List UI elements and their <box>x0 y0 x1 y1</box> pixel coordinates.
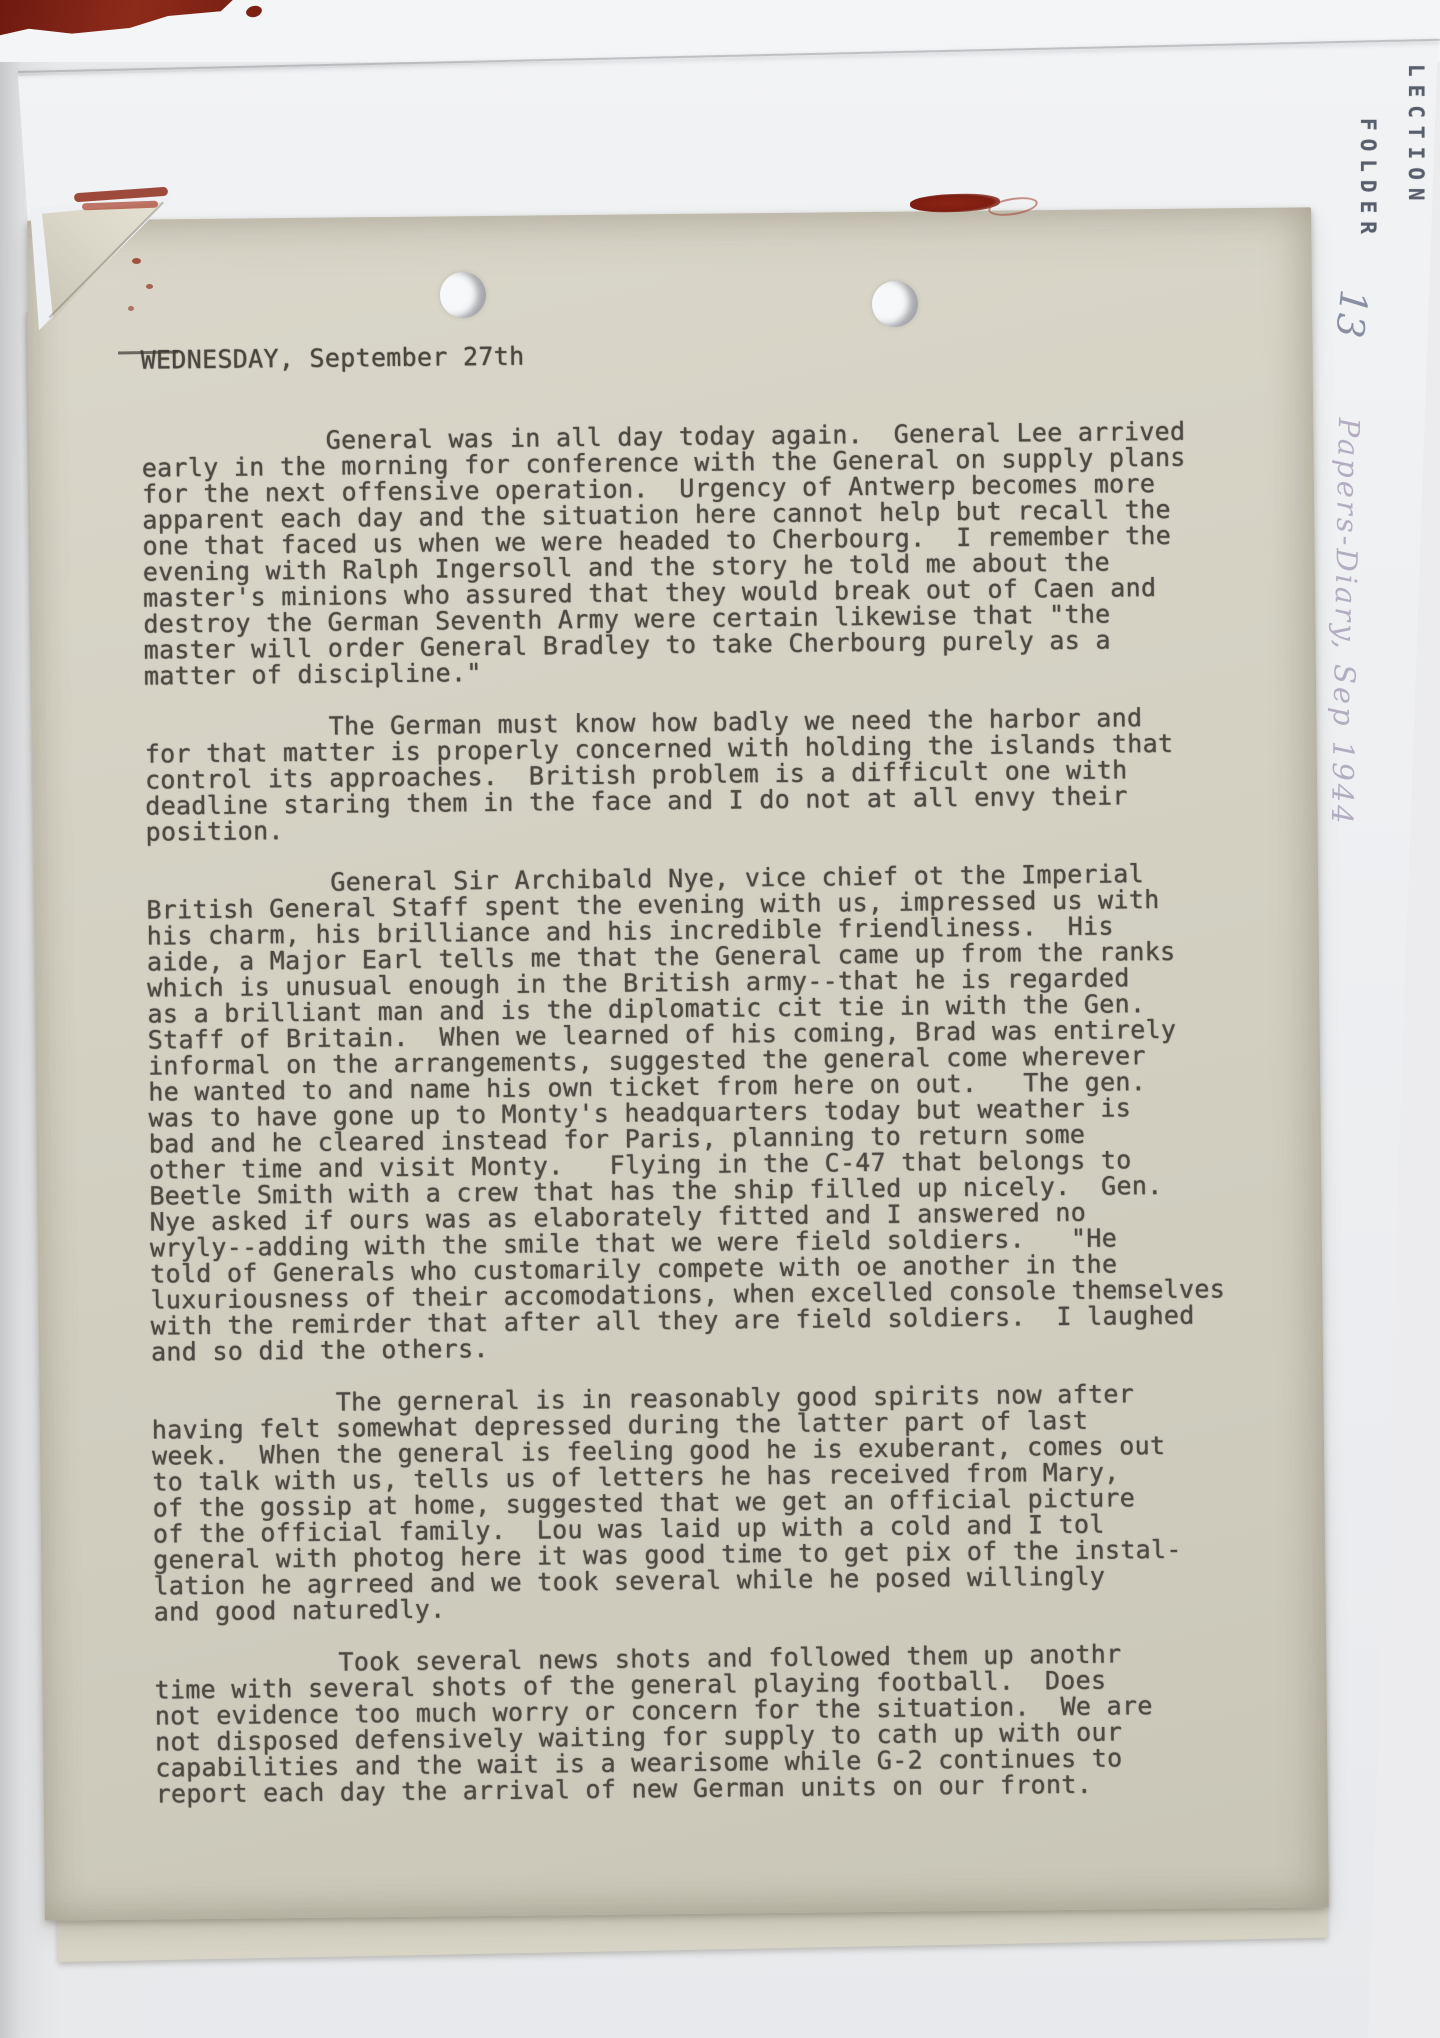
paragraph-german-harbor: The German must know how badly we need t… <box>144 704 1275 846</box>
page-content: WEDNESDAY, September 27th General was in… <box>140 336 1285 1834</box>
paragraph-general-nye: General Sir Archibald Nye, vice chief ot… <box>146 860 1281 1366</box>
date-heading: WEDNESDAY, September 27th <box>140 336 1270 374</box>
red-ink-dot <box>146 284 153 289</box>
punch-hole-left <box>440 272 486 318</box>
red-ink-dot <box>132 258 141 264</box>
typed-diary-page: WEDNESDAY, September 27th General was in… <box>27 207 1329 1920</box>
paragraph-news-shots: Took several news shots and followed the… <box>154 1640 1286 1808</box>
folder-stamp-text: FOLDER <box>1356 118 1380 298</box>
paragraph-general-spirits: The gerneral is in reasonably good spiri… <box>151 1380 1283 1626</box>
document-scan-photo: LECTION FOLDER 13 Papers-Diary, Sep 1944… <box>0 0 1440 2038</box>
red-ink-dot <box>128 306 134 311</box>
folder-number-handwritten: 13 <box>1325 287 1376 361</box>
paragraph-general-lee: General was in all day today again. Gene… <box>141 418 1274 690</box>
collection-stamp-text: LECTION <box>1404 64 1428 254</box>
